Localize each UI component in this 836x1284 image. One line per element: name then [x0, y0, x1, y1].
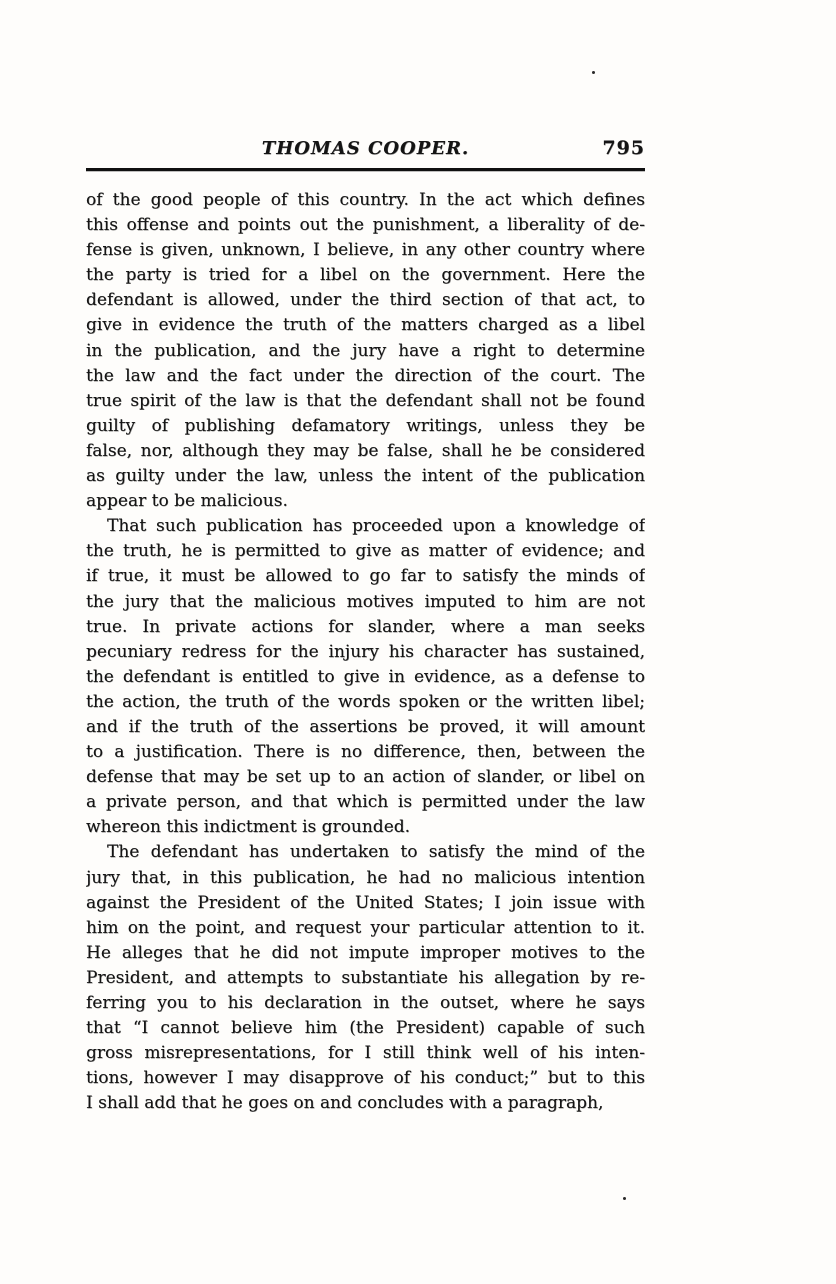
page-title: THOMAS COOPER. — [86, 138, 645, 159]
text-line: the party is tried for a libel on the go… — [86, 263, 645, 288]
text-line: appear to be malicious. — [86, 489, 645, 514]
ink-speck-top — [592, 71, 595, 74]
text-line: That such publication has proceeded upon… — [86, 514, 645, 539]
page-body: of the good people of this country. In t… — [86, 188, 645, 1116]
text-line: false, nor, although they may be false, … — [86, 439, 645, 464]
text-line: the jury that the malicious motives impu… — [86, 590, 645, 615]
text-block: THOMAS COOPER. 795 of the good people of… — [86, 138, 645, 1116]
text-line: whereon this indictment is grounded. — [86, 815, 645, 840]
text-line: if true, it must be allowed to go far to… — [86, 564, 645, 589]
text-line: gross misrepresentations, for I still th… — [86, 1041, 645, 1066]
text-line: ferring you to his declaration in the ou… — [86, 991, 645, 1016]
text-line: pecuniary redress for the injury his cha… — [86, 640, 645, 665]
page-header: THOMAS COOPER. 795 — [86, 138, 645, 162]
text-line: the law and the fact under the direction… — [86, 364, 645, 389]
text-line: as guilty under the law, unless the inte… — [86, 464, 645, 489]
text-line: fense is given, unknown, I believe, in a… — [86, 238, 645, 263]
text-line: true spirit of the law is that the defen… — [86, 389, 645, 414]
text-line: defense that may be set up to an action … — [86, 765, 645, 790]
text-line: the defendant is entitled to give in evi… — [86, 665, 645, 690]
text-line: to a justification. There is no differen… — [86, 740, 645, 765]
text-line: give in evidence the truth of the matter… — [86, 313, 645, 338]
header-rule — [86, 168, 645, 171]
text-line: The defendant has undertaken to satisfy … — [86, 840, 645, 865]
text-line: guilty of publishing defamatory writings… — [86, 414, 645, 439]
text-line: true. In private actions for slander, wh… — [86, 615, 645, 640]
text-line: a private person, and that which is perm… — [86, 790, 645, 815]
text-line: I shall add that he goes on and conclude… — [86, 1091, 645, 1116]
text-line: tions, however I may disapprove of his c… — [86, 1066, 645, 1091]
text-line: in the publication, and the jury have a … — [86, 339, 645, 364]
text-line: of the good people of this country. In t… — [86, 188, 645, 213]
text-line: him on the point, and request your parti… — [86, 916, 645, 941]
text-line: this offense and points out the punishme… — [86, 213, 645, 238]
ink-speck-bottom — [623, 1197, 626, 1200]
text-line: President, and attempts to substantiate … — [86, 966, 645, 991]
text-line: defendant is allowed, under the third se… — [86, 288, 645, 313]
text-line: jury that, in this publication, he had n… — [86, 866, 645, 891]
book-page: THOMAS COOPER. 795 of the good people of… — [0, 0, 836, 1284]
text-line: the truth, he is permitted to give as ma… — [86, 539, 645, 564]
text-line: and if the truth of the assertions be pr… — [86, 715, 645, 740]
text-line: He alleges that he did not impute improp… — [86, 941, 645, 966]
text-line: against the President of the United Stat… — [86, 891, 645, 916]
text-line: that “I cannot believe him (the Presiden… — [86, 1016, 645, 1041]
text-line: the action, the truth of the words spoke… — [86, 690, 645, 715]
page-number: 795 — [602, 137, 645, 159]
